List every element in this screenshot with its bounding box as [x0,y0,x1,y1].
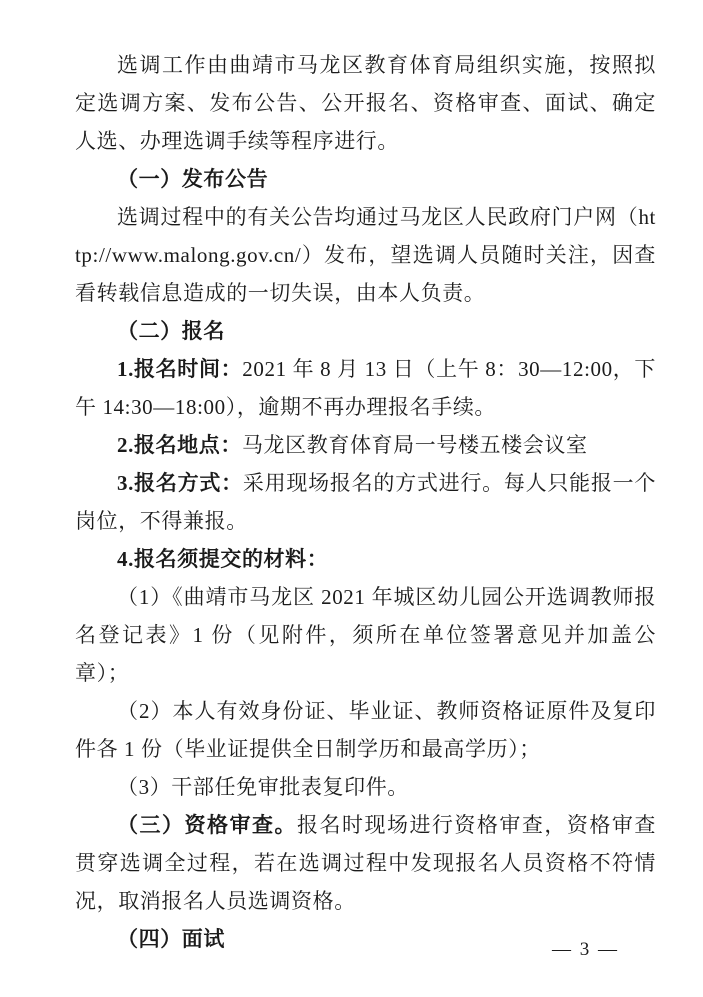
paragraph: 4.报名须提交的材料： [75,540,656,578]
document-page: 选调工作由曲靖市马龙区教育体育局组织实施，按照拟定选调方案、发布公告、公开报名、… [0,0,703,997]
text-run: 选调工作由曲靖市马龙区教育体育局组织实施，按照拟定选调方案、发布公告、公开报名、… [75,53,656,153]
text-run: （3）干部任免审批表复印件。 [117,775,409,799]
bold-text-run: （三）资格审查。 [117,813,297,837]
document-body: 选调工作由曲靖市马龙区教育体育局组织实施，按照拟定选调方案、发布公告、公开报名、… [75,46,656,958]
paragraph: （2）本人有效身份证、毕业证、教师资格证原件及复印件各 1 份（毕业证提供全日制… [75,692,656,768]
bold-text-run: 4.报名须提交的材料： [117,547,328,571]
paragraph: 3.报名方式：采用现场报名的方式进行。每人只能报一个岗位，不得兼报。 [75,464,656,540]
paragraph: 2.报名地点：马龙区教育体育局一号楼五楼会议室 [75,426,656,464]
section-heading: （二）报名 [75,312,656,350]
bold-text-run: 1.报名时间： [117,357,242,381]
bold-text-run: （二）报名 [117,319,225,343]
paragraph: （3）干部任免审批表复印件。 [75,768,656,806]
bold-text-run: （一）发布公告 [117,167,268,191]
bold-text-run: 3.报名方式： [117,471,243,495]
bold-text-run: 2.报名地点： [117,433,242,457]
section-heading: （一）发布公告 [75,160,656,198]
text-run: （2）本人有效身份证、毕业证、教师资格证原件及复印件各 1 份（毕业证提供全日制… [75,699,656,761]
text-run: 选调过程中的有关公告均通过马龙区人民政府门户网（http://www.malon… [75,205,656,305]
paragraph: 选调工作由曲靖市马龙区教育体育局组织实施，按照拟定选调方案、发布公告、公开报名、… [75,46,656,160]
page-number: — 3 — [552,939,619,961]
text-run: （1）《曲靖市马龙区 2021 年城区幼儿园公开选调教师报名登记表》1 份（见附… [75,585,656,685]
paragraph: （三）资格审查。报名时现场进行资格审查，资格审查贯穿选调全过程，若在选调过程中发… [75,806,656,920]
paragraph: 1.报名时间：2021 年 8 月 13 日（上午 8：30—12:00，下午 … [75,350,656,426]
paragraph: （1）《曲靖市马龙区 2021 年城区幼儿园公开选调教师报名登记表》1 份（见附… [75,578,656,692]
text-run: 马龙区教育体育局一号楼五楼会议室 [242,433,588,457]
paragraph: 选调过程中的有关公告均通过马龙区人民政府门户网（http://www.malon… [75,198,656,312]
bold-text-run: （四）面试 [117,927,225,951]
